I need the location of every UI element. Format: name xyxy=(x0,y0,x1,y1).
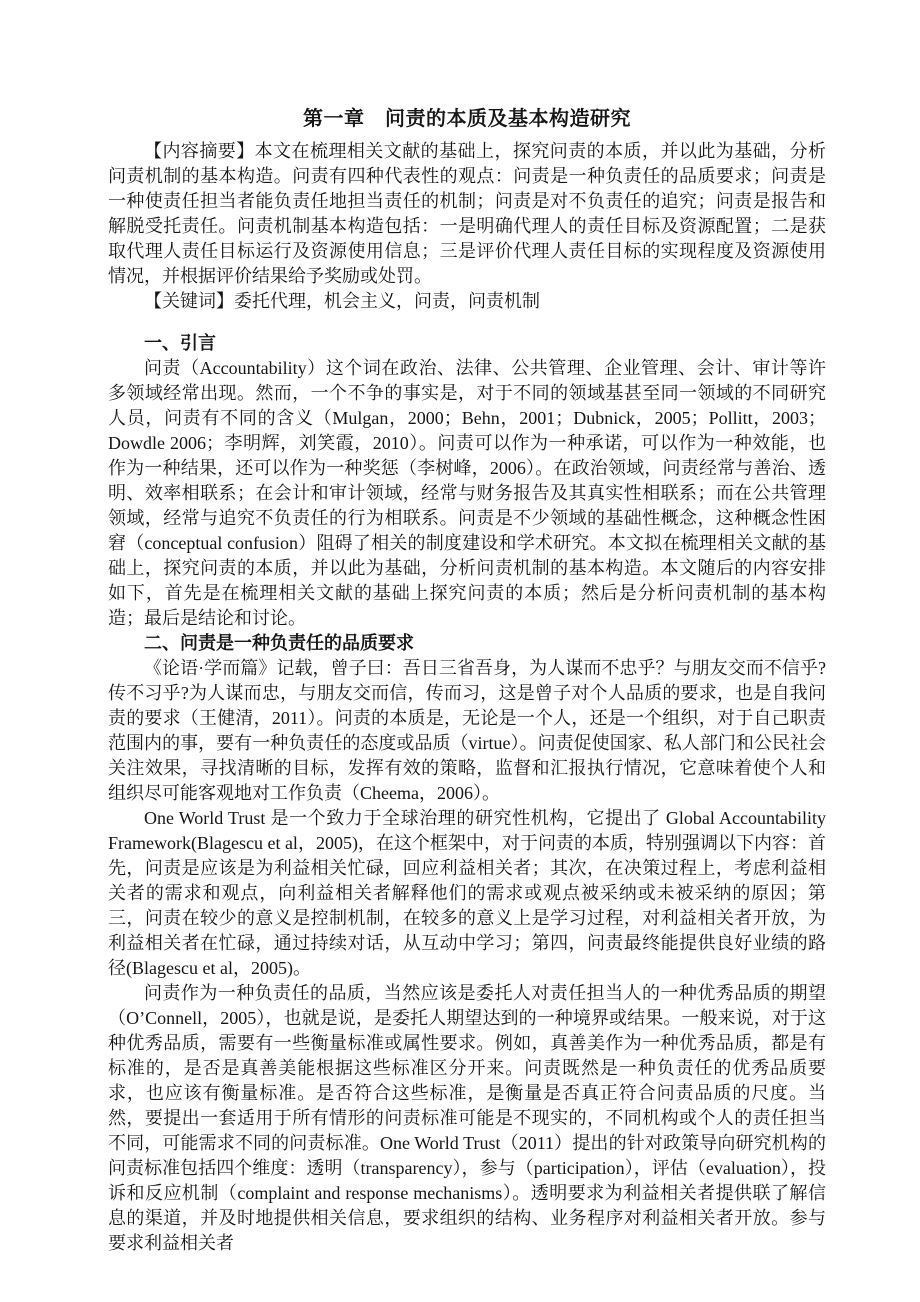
quality-paragraph-analects: 《论语·学而篇》记载，曾子曰：吾日三省吾身，为人谋而不忠乎？与朋友交而不信乎?传… xyxy=(108,656,826,806)
quality-paragraph-standards: 问责作为一种负责任的品质，当然应该是委托人对责任担当人的一种优秀品质的期望（O’… xyxy=(108,981,826,1256)
section-heading-introduction: 一、引言 xyxy=(108,331,826,356)
document-page: 第一章 问责的本质及基本构造研究 【内容摘要】本文在梳理相关文献的基础上，探究问… xyxy=(0,0,920,1302)
quality-paragraph-one-world-trust: One World Trust 是一个致力于全球治理的研究性机构，它提出了 Gl… xyxy=(108,806,826,981)
introduction-paragraph: 问责（Accountability）这个词在政治、法律、公共管理、企业管理、会计… xyxy=(108,356,826,631)
section-heading-quality-requirement: 二、问责是一种负责任的品质要求 xyxy=(108,631,826,656)
chapter-title: 第一章 问责的本质及基本构造研究 xyxy=(108,104,826,134)
keywords-line: 【关键词】委托代理，机会主义，问责，问责机制 xyxy=(108,289,826,314)
abstract-paragraph: 【内容摘要】本文在梳理相关文献的基础上，探究问责的本质，并以此为基础，分析问责机… xyxy=(108,139,826,289)
